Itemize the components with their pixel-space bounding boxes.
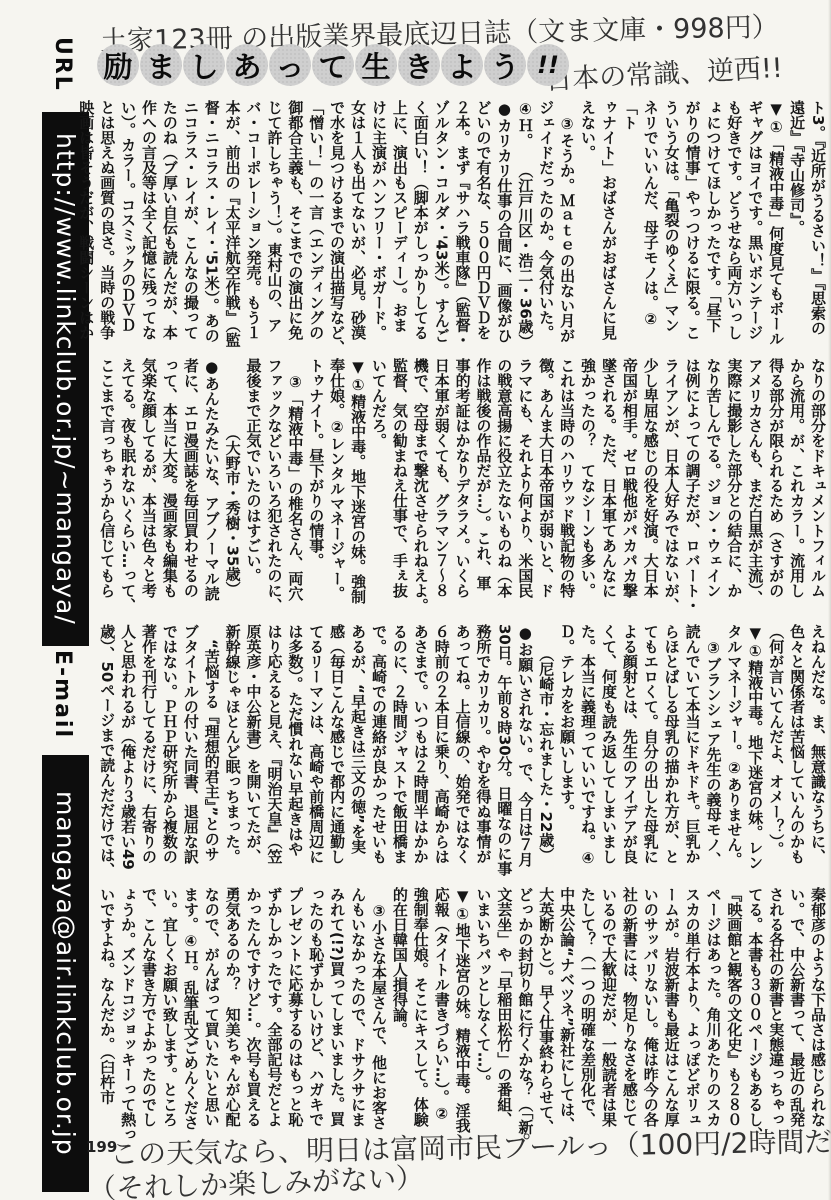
title-circle: 生 <box>355 44 397 86</box>
text-column-band-1: ト3。『近所がうるさい！』『思索の 遠近』『寺山修司』。 ▼①「精液中毒」何度見… <box>95 100 828 356</box>
url-label: URL <box>50 37 75 92</box>
text-column-band-4: 秦郁彦のような下品さは感じられな い。で、中公新書って、最近の乱発 される各社の… <box>95 887 828 1145</box>
email-label: E-mail <box>50 650 75 739</box>
title-circle: ま <box>140 44 182 86</box>
title-circle: 励 <box>97 44 139 86</box>
title-circle: っ <box>269 44 311 86</box>
title-circle: き <box>398 44 440 86</box>
handwritten-note-top-2: 日本の常識、逆西!! <box>544 46 783 97</box>
email-text: mangaya@air.linkclub.or.jp <box>51 791 80 1156</box>
title-circle: う <box>484 44 526 86</box>
title-circle: し <box>183 44 225 86</box>
title-circle: !! <box>527 44 569 86</box>
email-bar: mangaya@air.linkclub.or.jp <box>42 755 89 1192</box>
text-column-band-3: えねんだな。ま、無意識なうちに、 色々と関係者は苦悩していんのかも （何が言いて… <box>95 624 828 884</box>
title-circle: よ <box>441 44 483 86</box>
scanned-magazine-page: 土家123冊 の出版業界最底辺日誌（文ま文庫・998円） 日本の常識、逆西!! … <box>0 0 831 1200</box>
text-column-band-2: なりの部分をドキュメントフィルム から流用。が、これカラー。流用し 得る部分が限… <box>95 358 828 618</box>
title-circle: あ <box>226 44 268 86</box>
section-title-badge: 励ましあって生きよう!! <box>97 44 569 86</box>
title-circle: て <box>312 44 354 86</box>
